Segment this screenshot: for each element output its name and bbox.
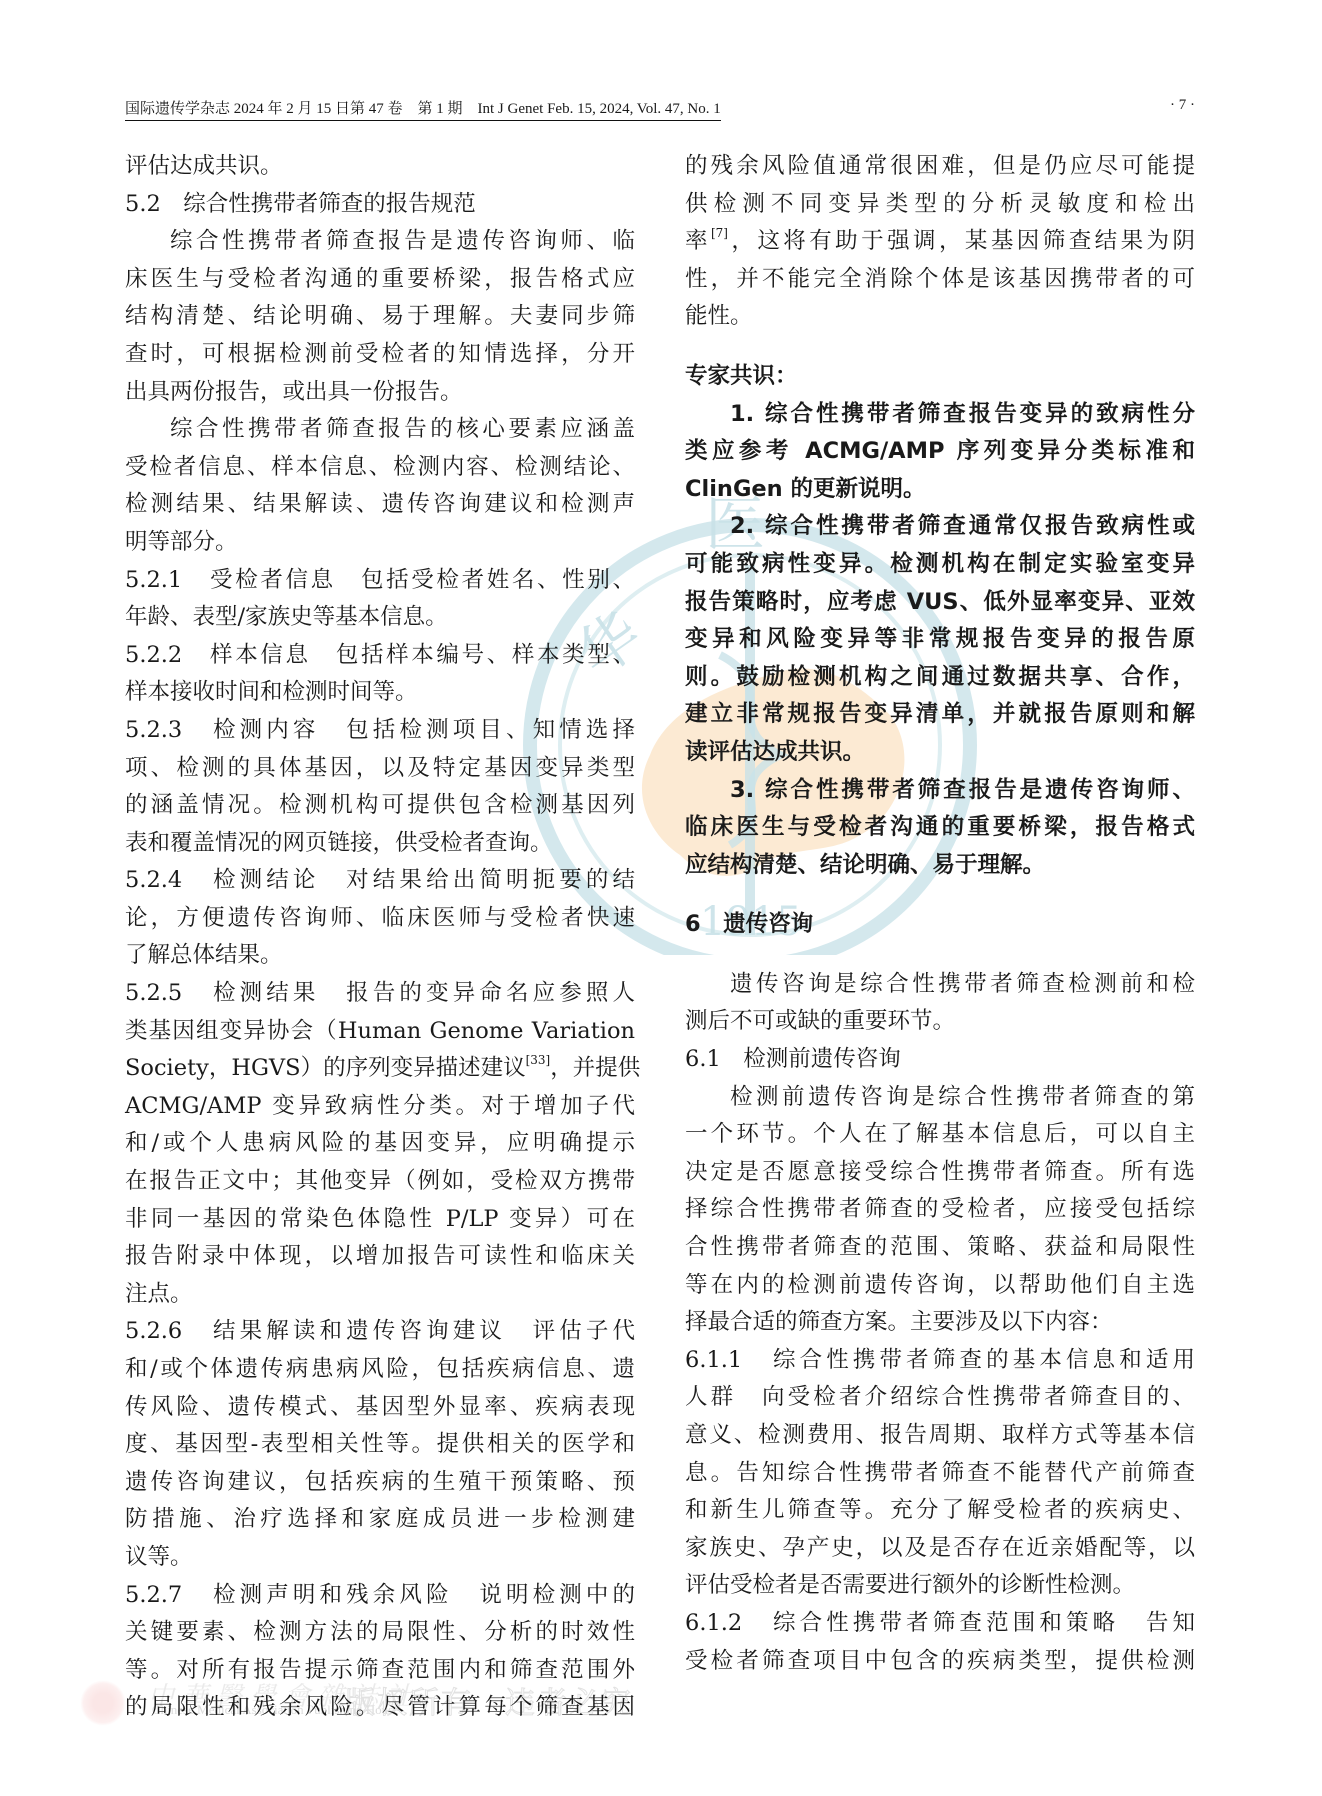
text-line: 建立非常规报告变异清单，并就报告原则和解: [685, 696, 1195, 734]
text-line: 议等。: [125, 1539, 635, 1577]
text-line: 论，方便遗传咨询师、临床医师与受检者快速: [125, 900, 635, 938]
text-line: 读评估达成共识。: [685, 734, 1195, 772]
text-line: 5.2.1 受检者信息 包括受检者姓名、性别、: [125, 562, 635, 600]
text-line: 择最合适的筛查方案。主要涉及以下内容：: [685, 1304, 1195, 1342]
page-number: · 7 ·: [1170, 97, 1195, 114]
text-line: 检测结果、结果解读、遗传咨询建议和检测声: [125, 486, 635, 524]
section-heading: 5.2 综合性携带者筛查的报告规范: [125, 186, 635, 224]
text-line: ACMG/AMP 变异致病性分类。对于增加子代: [125, 1088, 635, 1126]
text-line: 检测前遗传咨询是综合性携带者筛查的第: [685, 1079, 1195, 1117]
text-line: 综合性携带者筛查报告是遗传咨询师、临: [125, 223, 635, 261]
text-line: 遗传咨询是综合性携带者筛查检测前和检: [685, 966, 1195, 1004]
text-line: 择综合性携带者筛查的受检者，应接受包括综: [685, 1191, 1195, 1229]
text-line: 临床医生与受检者沟通的重要桥梁，报告格式: [685, 809, 1195, 847]
text-line: 和/或个体遗传病患病风险，包括疾病信息、遗: [125, 1351, 635, 1389]
text-line: 非同一基因的常染色体隐性 P/LP 变异）可在: [125, 1201, 635, 1239]
text-line: 意义、检测费用、报告周期、取样方式等基本信: [685, 1417, 1195, 1455]
text-line: 遗传咨询建议，包括疾病的生殖干预策略、预: [125, 1464, 635, 1502]
text-line: 供检测不同变异类型的分析灵敏度和检出: [685, 186, 1195, 224]
text-line: 测后不可或缺的重要环节。: [685, 1003, 1195, 1041]
text-line: 受检者信息、样本信息、检测内容、检测结论、: [125, 449, 635, 487]
citation-reference: [33]: [526, 1053, 551, 1067]
text-line: 的局限性和残余风险。尽管计算每个筛查基因: [125, 1689, 635, 1727]
text-line: 度、基因型-表型相关性等。提供相关的医学和: [125, 1426, 635, 1464]
text-line: 评估达成共识。: [125, 148, 635, 186]
text-line: 注点。: [125, 1276, 635, 1314]
text-line: Society，HGVS）的序列变异描述建议[33]，并提供: [125, 1050, 635, 1088]
text-line: 5.2.5 检测结果 报告的变异命名应参照人: [125, 975, 635, 1013]
paragraph-gap: [685, 944, 1195, 966]
text-line: 项、检测的具体基因，以及特定基因变异类型: [125, 750, 635, 788]
text-line: 6.1 检测前遗传咨询: [685, 1041, 1195, 1079]
text-line: 防措施、治疗选择和家庭成员进一步检测建: [125, 1501, 635, 1539]
text-line: 3. 综合性携带者筛查报告是遗传咨询师、: [685, 772, 1195, 810]
text-line: 1. 综合性携带者筛查报告变异的致病性分: [685, 396, 1195, 434]
text-line: 应结构清楚、结论明确、易于理解。: [685, 847, 1195, 885]
running-header: 国际遗传学杂志 2024 年 2 月 15 日第 47 卷 第 1 期 Int …: [125, 97, 1195, 123]
text-line: 等在内的检测前遗传咨询，以帮助他们自主选: [685, 1267, 1195, 1305]
text-line: 查时，可根据检测前受检者的知情选择，分开: [125, 336, 635, 374]
text-line: 受检者筛查项目中包含的疾病类型，提供检测: [685, 1643, 1195, 1681]
text-line: 报告附录中体现，以增加报告可读性和临床关: [125, 1238, 635, 1276]
text-line: 在报告正文中；其他变异（例如，受检双方携带: [125, 1163, 635, 1201]
text-line: 等。对所有报告提示筛查范围内和筛查范围外: [125, 1652, 635, 1690]
publisher-logo-icon: [80, 1680, 126, 1726]
text-line: 6 遗传咨询: [685, 906, 1195, 944]
text-line: 综合性携带者筛查报告的核心要素应涵盖: [125, 411, 635, 449]
text-line: 和新生儿筛查等。充分了解受检者的疾病史、: [685, 1492, 1195, 1530]
text-line: 5.2.2 样本信息 包括样本编号、样本类型、: [125, 637, 635, 675]
text-line: 报告策略时，应考虑 VUS、低外显率变异、亚效: [685, 584, 1195, 622]
right-text-column: 的残余风险值通常很困难，但是仍应尽可能提供检测不同变异类型的分析灵敏度和检出率[…: [685, 148, 1195, 1680]
paragraph-gap: [685, 336, 1195, 358]
text-line: 变异和风险变异等非常规报告变异的报告原: [685, 621, 1195, 659]
text-line: 评估受检者是否需要进行额外的诊断性检测。: [685, 1567, 1195, 1605]
text-line: 一个环节。个人在了解基本信息后，可以自主: [685, 1116, 1195, 1154]
paragraph-gap: [685, 884, 1195, 906]
text-line: 率[7]，这将有助于强调，某基因筛查结果为阴: [685, 223, 1195, 261]
text-line: 5.2.4 检测结论 对结果给出简明扼要的结: [125, 862, 635, 900]
left-text-column: 评估达成共识。5.2 综合性携带者筛查的报告规范综合性携带者筛查报告是遗传咨询师…: [125, 148, 635, 1727]
text-line: 类基因组变异协会（Human Genome Variation: [125, 1013, 635, 1051]
text-line: 息。告知综合性携带者筛查不能替代产前筛查: [685, 1455, 1195, 1493]
text-line: 结构清楚、结论明确、易于理解。夫妻同步筛: [125, 298, 635, 336]
text-line: 决定是否愿意接受综合性携带者筛查。所有选: [685, 1154, 1195, 1192]
text-line: 则。鼓励检测机构之间通过数据共享、合作，: [685, 659, 1195, 697]
text-line: 合性携带者筛查的范围、策略、获益和局限性: [685, 1229, 1195, 1267]
text-line: 的残余风险值通常很困难，但是仍应尽可能提: [685, 148, 1195, 186]
text-line: 6.1.1 综合性携带者筛查的基本信息和适用: [685, 1342, 1195, 1380]
text-line: 2. 综合性携带者筛查通常仅报告致病性或: [685, 508, 1195, 546]
journal-running-title: 国际遗传学杂志 2024 年 2 月 15 日第 47 卷 第 1 期 Int …: [125, 97, 721, 121]
text-line: 6.1.2 综合性携带者筛查范围和策略 告知: [685, 1605, 1195, 1643]
text-line: 年龄、表型/家族史等基本信息。: [125, 599, 635, 637]
text-line: 和/或个人患病风险的基因变异，应明确提示: [125, 1125, 635, 1163]
text-line: 5.2.6 结果解读和遗传咨询建议 评估子代: [125, 1313, 635, 1351]
text-line: 人群 向受检者介绍综合性携带者筛查目的、: [685, 1379, 1195, 1417]
text-line: 专家共识：: [685, 358, 1195, 396]
text-line: 明等部分。: [125, 524, 635, 562]
citation-reference: [7]: [711, 226, 728, 240]
text-line: 床医生与受检者沟通的重要桥梁，报告格式应: [125, 261, 635, 299]
text-line: 可能致病性变异。检测机构在制定实验室变异: [685, 546, 1195, 584]
text-line: 表和覆盖情况的网页链接，供受检者查询。: [125, 825, 635, 863]
text-line: 5.2.3 检测内容 包括检测项目、知情选择: [125, 712, 635, 750]
text-line: 出具两份报告，或出具一份报告。: [125, 374, 635, 412]
text-line: 样本接收时间和检测时间等。: [125, 674, 635, 712]
text-line: 了解总体结果。: [125, 937, 635, 975]
text-line: 家族史、孕产史，以及是否存在近亲婚配等，以: [685, 1530, 1195, 1568]
text-line: 传风险、遗传模式、基因型外显率、疾病表现: [125, 1389, 635, 1427]
text-line: 的涵盖情况。检测机构可提供包含检测基因列: [125, 787, 635, 825]
text-line: 关键要素、检测方法的局限性、分析的时效性: [125, 1614, 635, 1652]
text-line: 类应参考 ACMG/AMP 序列变异分类标准和: [685, 433, 1195, 471]
text-line: ClinGen 的更新说明。: [685, 471, 1195, 509]
text-line: 性，并不能完全消除个体是该基因携带者的可: [685, 261, 1195, 299]
text-line: 5.2.7 检测声明和残余风险 说明检测中的: [125, 1577, 635, 1615]
text-line: 能性。: [685, 298, 1195, 336]
